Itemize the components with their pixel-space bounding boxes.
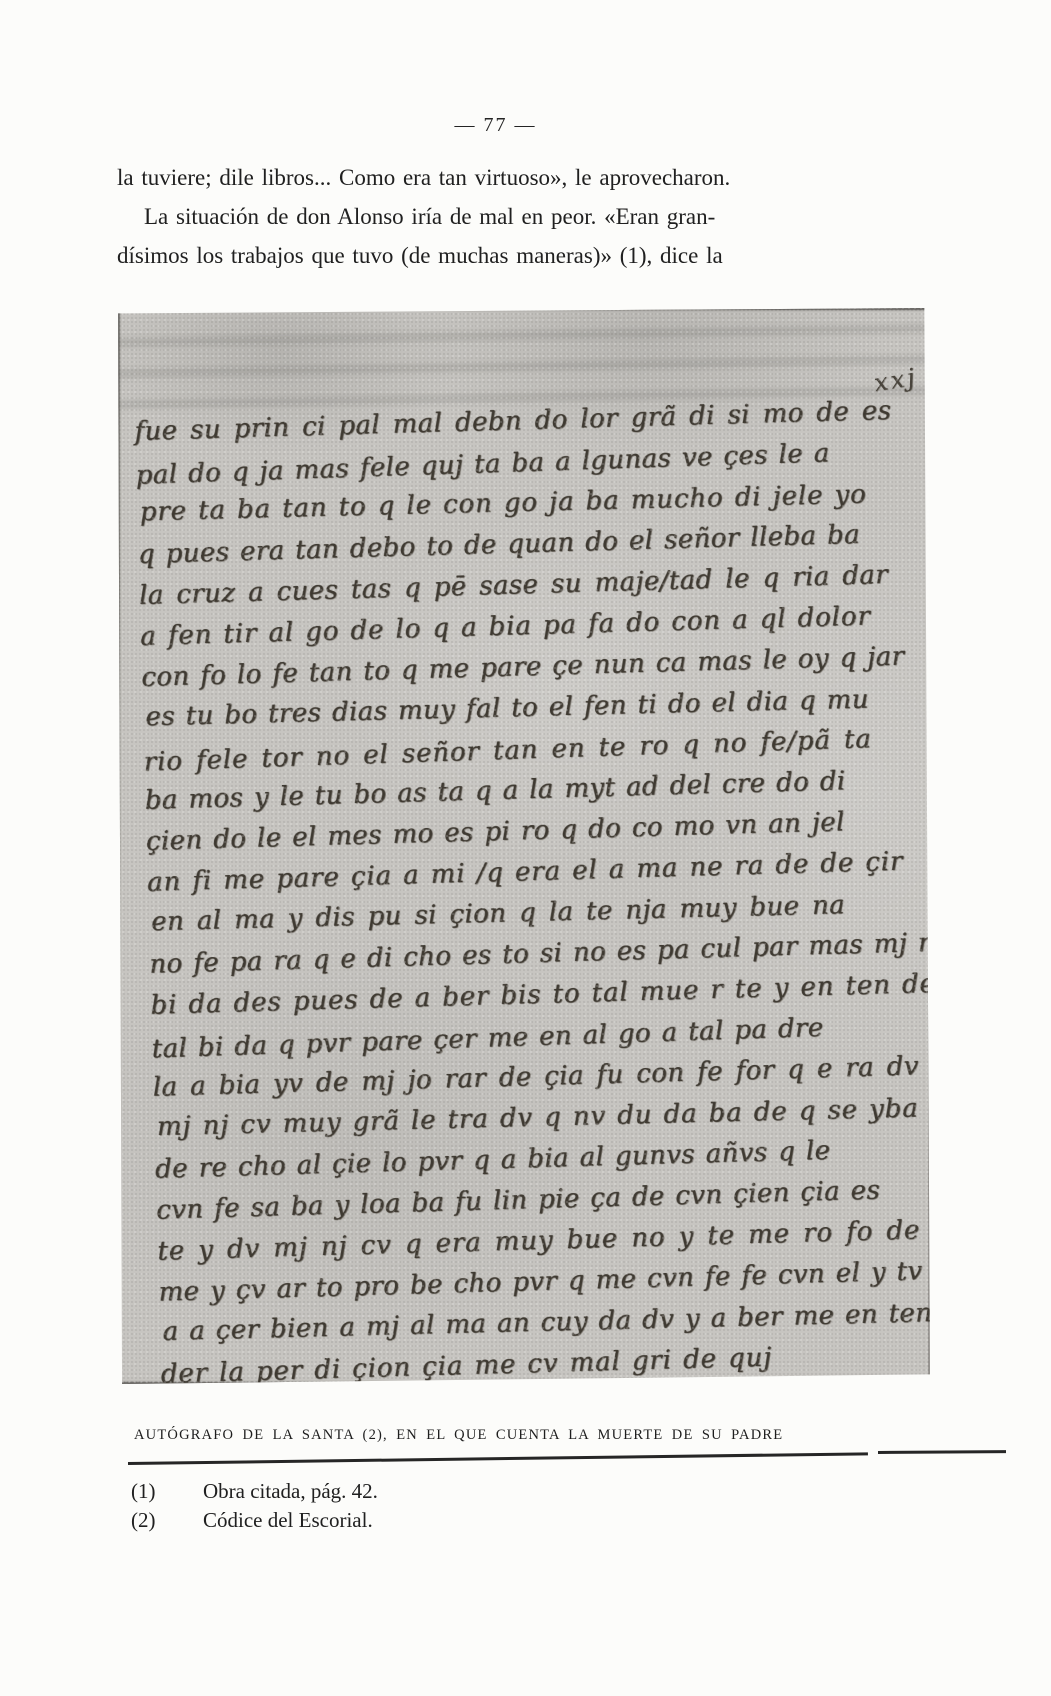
footnote-separator-rule-fragment <box>878 1450 1006 1453</box>
manuscript-image: xxj fue su prin ci pal mal debn do lor g… <box>118 308 930 1384</box>
footnote-text: Obra citada, pág. 42. <box>177 1477 378 1506</box>
manuscript-handwriting: fue su prin ci pal mal debn do lor grã d… <box>134 389 930 1384</box>
body-text-line: la tuviere; dile libros... Como era tan … <box>117 158 881 197</box>
footnote-item: (2) Códice del Escorial. <box>131 1506 831 1535</box>
body-text: la tuviere; dile libros... Como era tan … <box>117 158 881 275</box>
footnote-separator-rule <box>128 1452 868 1464</box>
page-number: — 77 — <box>117 114 874 137</box>
footnotes: (1) Obra citada, pág. 42. (2) Códice del… <box>131 1477 831 1535</box>
figure-caption: AUTÓGRAFO DE LA SANTA (2), EN EL QUE CUE… <box>134 1427 930 1444</box>
footnote-marker: (1) <box>131 1477 177 1506</box>
footnote-marker: (2) <box>131 1506 177 1535</box>
footnote-text: Códice del Escorial. <box>177 1506 373 1535</box>
body-text-line: La situación de don Alonso iría de mal e… <box>117 197 881 236</box>
footnote-item: (1) Obra citada, pág. 42. <box>131 1477 831 1506</box>
body-text-line: dísimos los trabajos que tuvo (de muchas… <box>117 236 881 275</box>
book-page: — 77 — la tuviere; dile libros... Como e… <box>0 0 1051 1696</box>
